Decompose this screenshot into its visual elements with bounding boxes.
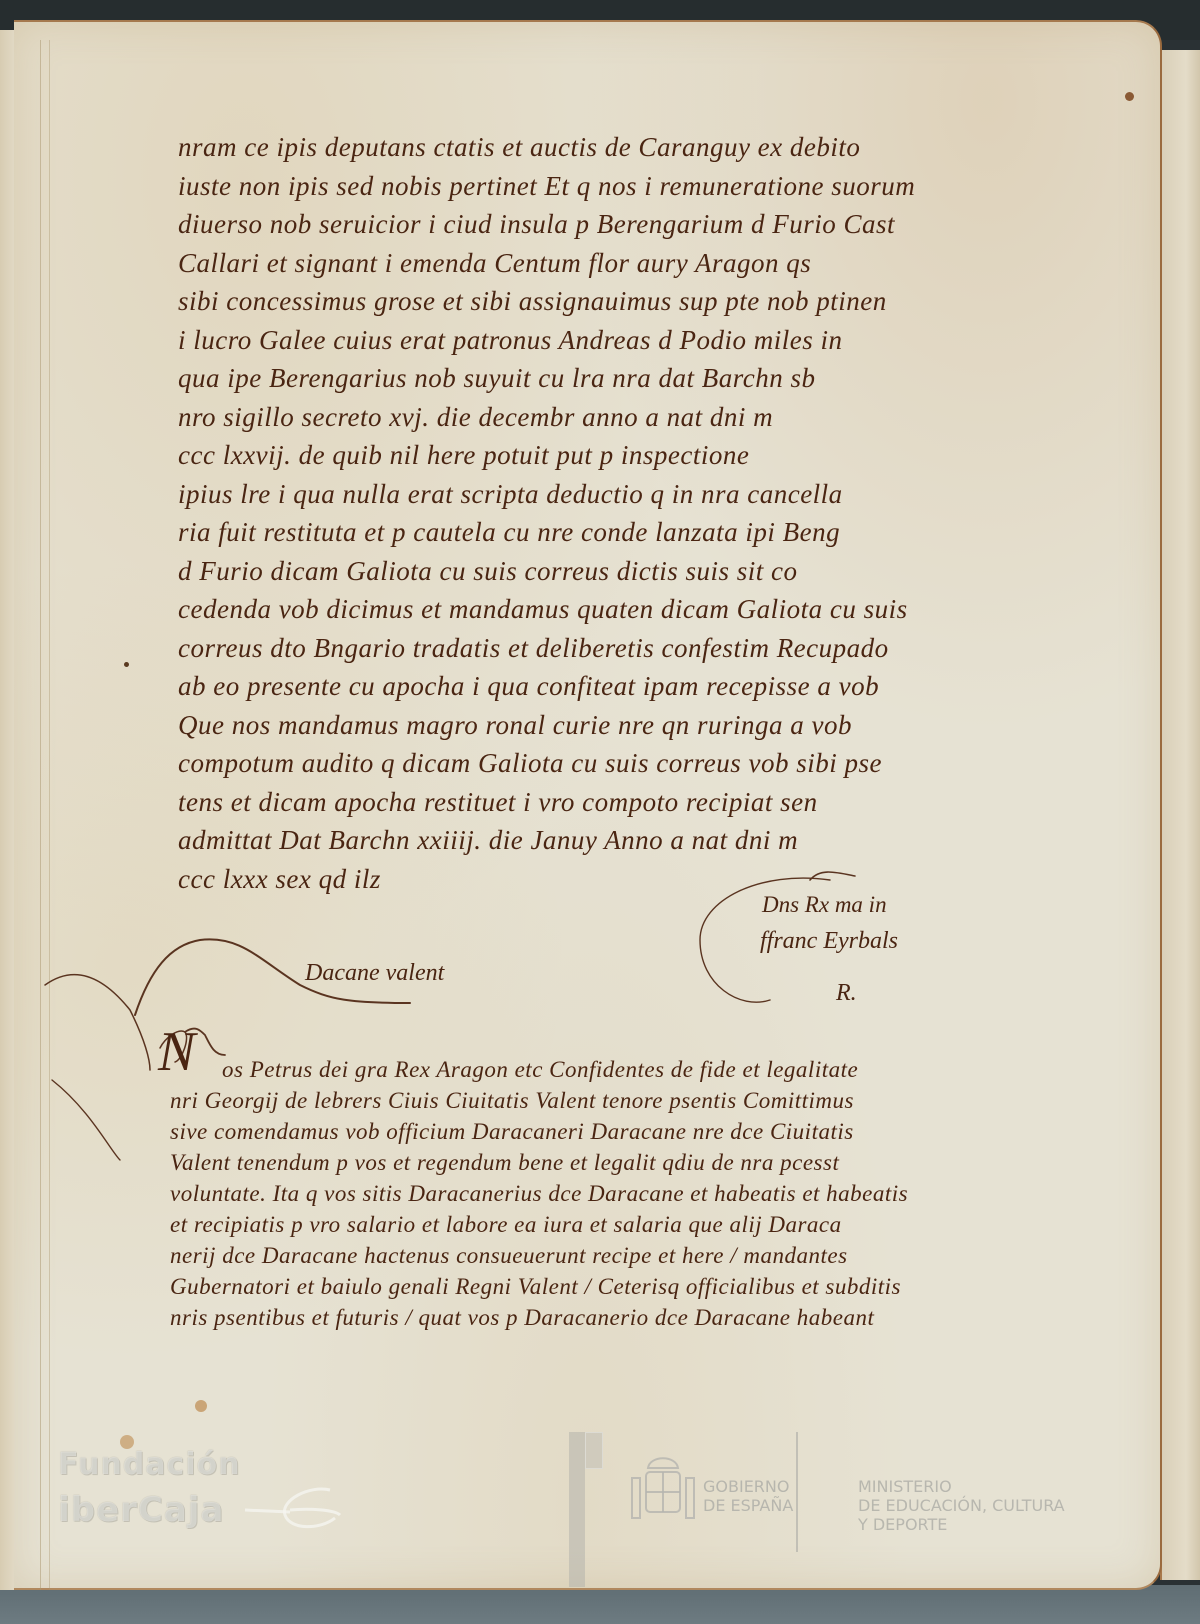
text-line: Valent tenendum p vos et regendum bene e…: [170, 1147, 908, 1178]
watermark-separator: [796, 1432, 798, 1552]
spain-coat-of-arms-icon: [628, 1450, 698, 1530]
signature-line: Dns Rx ma in: [762, 892, 887, 918]
gov-flag-bar-top: [585, 1432, 603, 1469]
gobierno-watermark: GOBIERNO DE ESPAÑA: [703, 1477, 793, 1515]
text-line: nerij dce Daracane hactenus consueuerunt…: [170, 1240, 908, 1271]
ministry-line: MINISTERIO: [858, 1477, 1065, 1496]
text-line: sive comendamus vob officium Daracaneri …: [170, 1116, 908, 1147]
second-entry-text: os Petrus dei gra Rex Aragon etc Confide…: [170, 1054, 908, 1333]
text-line: Gubernatori et baiulo genali Regni Valen…: [170, 1271, 908, 1302]
ibercaja-watermark: iberCaja: [58, 1490, 224, 1530]
gov-line: DE ESPAÑA: [703, 1496, 793, 1515]
text-line: voluntate. Ita q vos sitis Daracanerius …: [170, 1178, 908, 1209]
gov-flag-bar: [569, 1432, 585, 1587]
gov-line: GOBIERNO: [703, 1477, 793, 1496]
ministry-line: Y DEPORTE: [858, 1515, 1065, 1534]
text-line: nris psentibus et futuris / quat vos p D…: [170, 1302, 908, 1333]
ibercaja-logo-icon: [240, 1480, 350, 1540]
registrar-mark: R.: [836, 980, 857, 1007]
signature-name: ffranc Eyrbals: [760, 928, 898, 955]
ministry-line: DE EDUCACIÓN, CULTURA: [858, 1496, 1065, 1515]
text-line: et recipiatis p vro salario et labore ea…: [170, 1209, 908, 1240]
marginal-note: Dacane valent: [305, 960, 444, 987]
ministerio-watermark: MINISTERIO DE EDUCACIÓN, CULTURA Y DEPOR…: [858, 1477, 1065, 1534]
fundacion-watermark: Fundación: [58, 1447, 240, 1482]
pen-flourish-strokes: [0, 0, 1200, 1624]
text-line: nri Georgij de lebrers Ciuis Ciuitatis V…: [170, 1085, 908, 1116]
text-line: os Petrus dei gra Rex Aragon etc Confide…: [170, 1054, 908, 1085]
